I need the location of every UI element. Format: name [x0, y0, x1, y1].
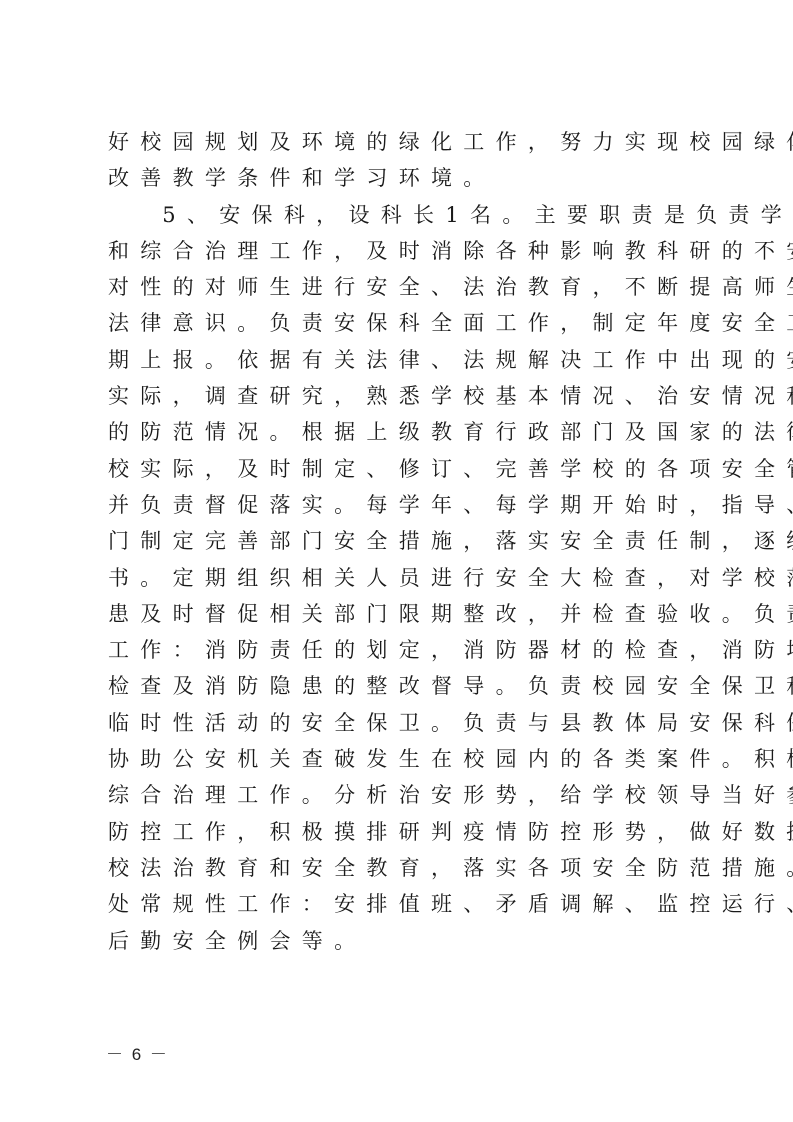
- text-line: 门制定完善部门安全措施，落实安全责任制，逐级签订安全责任: [108, 523, 708, 559]
- text-line: 书。定期组织相关人员进行安全大检查，对学校范围内的安全隐: [108, 560, 708, 596]
- text-line: 并负责督促落实。每学年、每学期开始时，指导、督促学校各部: [108, 487, 708, 523]
- page-number: － 6 －: [106, 1040, 169, 1065]
- text-line: 5、安保科，设科长1名。主要职责是负责学校的安全保卫: [108, 197, 708, 233]
- text-line: 法律意识。负责安保科全面工作，制定年度安全工作计划、并定: [108, 305, 708, 341]
- text-line: 好校园规划及环境的绿化工作，努力实现校园绿化、净化、美化，: [108, 124, 708, 160]
- text-line: 工作：消防责任的划定，消防器材的检查，消防培训，消防安全: [108, 632, 708, 668]
- text-line: 期上报。依据有关法律、法规解决工作中出现的安全问题。深入: [108, 342, 708, 378]
- text-line: 对性的对师生进行安全、法治教育，不断提高师生的安全防范和: [108, 269, 708, 305]
- text-line: 和综合治理工作，及时消除各种影响教科研的不安定因素；有针: [108, 233, 708, 269]
- text-line: 处常规性工作：安排值班、矛盾调解、监控运行、校门卫管理、: [108, 886, 708, 922]
- text-line: 患及时督促相关部门限期整改，并检查验收。负责校内消防安全: [108, 596, 708, 632]
- text-line: 检查及消防隐患的整改督导。负责校园安全保卫和校园常规活动、: [108, 668, 708, 704]
- text-line: 改善教学条件和学习环境。: [108, 160, 708, 196]
- text-line: 校法治教育和安全教育，落实各项安全防范措施。负责安全保卫: [108, 850, 708, 886]
- text-line: 校实际，及时制定、修订、完善学校的各项安全管理制度及规定，: [108, 451, 708, 487]
- text-line: 临时性活动的安全保卫。负责与县教体局安保科保持联系、沟通，: [108, 705, 708, 741]
- document-page: 好校园规划及环境的绿化工作，努力实现校园绿化、净化、美化， 改善教学条件和学习环…: [0, 0, 793, 1122]
- text-line: 后勤安全例会等。: [108, 923, 708, 959]
- text-line: 防控工作，积极摸排研判疫情防控形势，做好数据填报。搞好学: [108, 814, 708, 850]
- text-line: 实际，调查研究，熟悉学校基本情况、治安情况和重点要害部位: [108, 378, 708, 414]
- body-text: 好校园规划及环境的绿化工作，努力实现校园绿化、净化、美化， 改善教学条件和学习环…: [108, 124, 708, 959]
- text-line: 综合治理工作。分析治安形势，给学校领导当好参谋。做好疫情: [108, 777, 708, 813]
- text-line: 协助公安机关查破发生在校园内的各类案件。积极参加社会治安: [108, 741, 708, 777]
- text-line: 的防范情况。根据上级教育行政部门及国家的法律法规，结合学: [108, 414, 708, 450]
